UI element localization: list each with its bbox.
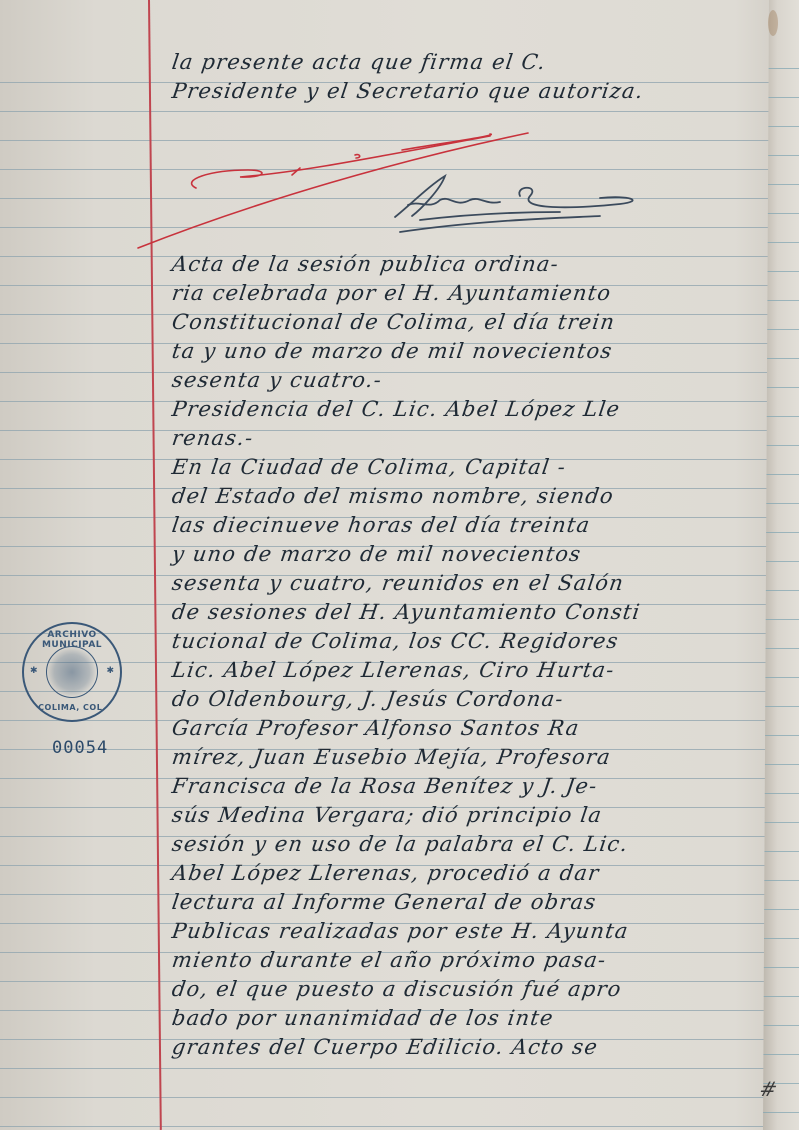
minutes-line: sesión y en uso de la palabra el C. Lic. [170, 830, 774, 859]
minutes-line: y uno de marzo de mil novecientos [170, 540, 774, 569]
minutes-line: del Estado del mismo nombre, siendo [170, 482, 774, 511]
rule-line [0, 1068, 770, 1069]
minutes-line: lectura al Informe General de obras [170, 888, 774, 917]
rule-line [0, 1097, 770, 1098]
rule-line [0, 169, 770, 170]
rule-line [763, 1112, 799, 1113]
minutes-line: miento durante el año próximo pasa- [170, 946, 774, 975]
closing-line: Presidente y el Secretario que autoriza. [170, 77, 774, 106]
paper-stain [768, 10, 778, 36]
minutes-line: renas.- [170, 424, 774, 453]
minutes-line: mírez, Juan Eusebio Mejía, Profesora [170, 743, 774, 772]
document-page: la presente acta que firma el C. Preside… [0, 0, 799, 1130]
rule-line [763, 242, 799, 243]
closing-text: la presente acta que firma el C. Preside… [172, 48, 772, 106]
archive-stamp: ARCHIVO MUNICIPAL ✱ ✱ COLIMA, COL. [22, 622, 122, 722]
stamp-bottom-text: COLIMA, COL. [24, 703, 120, 712]
minutes-line: Francisca de la Rosa Benítez y J. Je- [170, 772, 774, 801]
stamp-seal-icon [46, 646, 98, 698]
minutes-line: En la Ciudad de Colima, Capital - [170, 453, 774, 482]
minutes-line: Acta de la sesión publica ordina- [170, 250, 774, 279]
rule-line [0, 111, 770, 112]
minutes-line: Presidencia del C. Lic. Abel López Lle [170, 395, 774, 424]
rule-line [0, 227, 770, 228]
minutes-line: Constitucional de Colima, el día trein [170, 308, 774, 337]
minutes-line: sesenta y cuatro.- [170, 366, 774, 395]
rule-line [763, 126, 799, 127]
rule-line [0, 140, 770, 141]
minutes-line: Lic. Abel López Llerenas, Ciro Hurta- [170, 656, 774, 685]
stamp-star-icon: ✱ [106, 666, 114, 676]
stamp-star-icon: ✱ [30, 666, 38, 676]
rule-line [0, 198, 770, 199]
rule-line [763, 213, 799, 214]
minutes-line: sús Medina Vergara; dió principio la [170, 801, 774, 830]
minutes-line: bado por unanimidad de los inte [170, 1004, 774, 1033]
minutes-line: Publicas realizadas por este H. Ayunta [170, 917, 774, 946]
minutes-line: ta y uno de marzo de mil novecientos [170, 337, 774, 366]
rule-line [763, 184, 799, 185]
minutes-line: grantes del Cuerpo Edilicio. Acto se [170, 1033, 774, 1062]
minutes-line: sesenta y cuatro, reunidos en el Salón [170, 569, 774, 598]
minutes-body: Acta de la sesión publica ordina-ria cel… [172, 250, 772, 1062]
rule-line [763, 155, 799, 156]
minutes-line: do, el que puesto a discusión fué apro [170, 975, 774, 1004]
rule-line [0, 1126, 770, 1127]
minutes-line: de sesiones del H. Ayuntamiento Consti [170, 598, 774, 627]
minutes-line: tucional de Colima, los CC. Regidores [170, 627, 774, 656]
minutes-line: García Profesor Alfonso Santos Ra [170, 714, 774, 743]
minutes-line: ria celebrada por el H. Ayuntamiento [170, 279, 774, 308]
minutes-line: las diecinueve horas del día treinta [170, 511, 774, 540]
closing-line: la presente acta que firma el C. [170, 48, 774, 77]
minutes-line: Abel López Llerenas, procedió a dar [170, 859, 774, 888]
archive-number: 00054 [52, 738, 108, 758]
minutes-line: do Oldenbourg, J. Jesús Cordona- [170, 685, 774, 714]
